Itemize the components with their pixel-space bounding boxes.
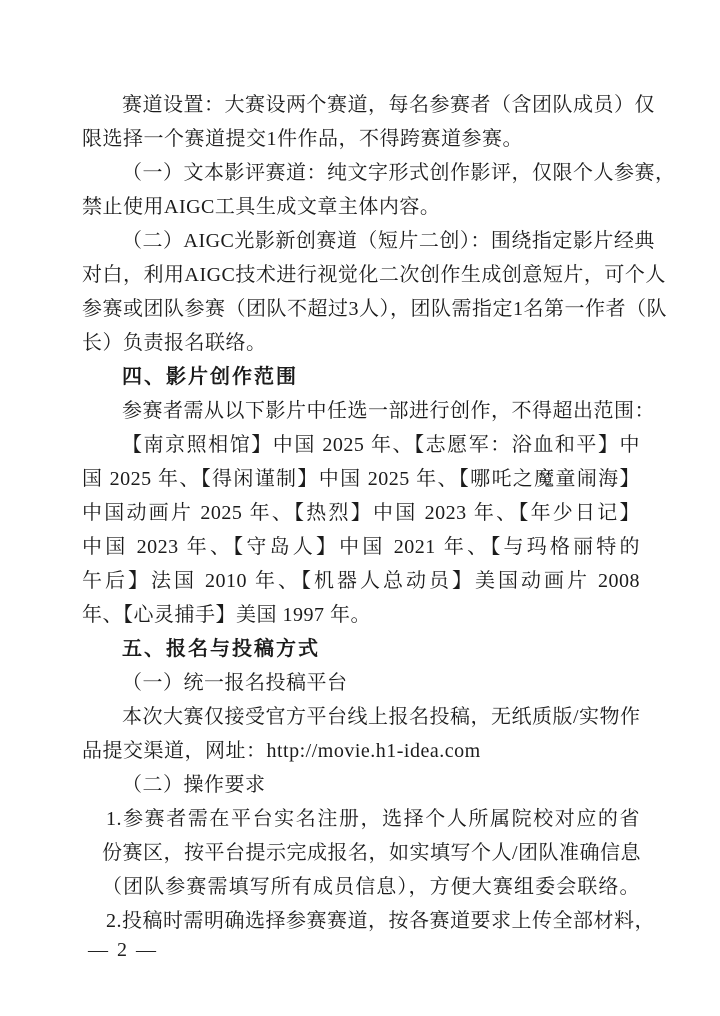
text-line: 参赛或团队参赛（团队不超过3人），团队需指定1名第一作者（队 bbox=[82, 292, 640, 326]
text-line: 午后】法国 2010 年、【机器人总动员】美国动画片 2008 bbox=[82, 564, 640, 598]
text-line: 份赛区，按平台提示完成报名，如实填写个人/团队准确信息 bbox=[82, 836, 640, 870]
text-line: 【南京照相馆】中国 2025 年、【志愿军：浴血和平】中 bbox=[82, 428, 640, 462]
text-line: 年、【心灵捕手】美国 1997 年。 bbox=[82, 598, 640, 632]
text-line: 国 2025 年、【得闲谨制】中国 2025 年、【哪吒之魔童闹海】 bbox=[82, 462, 640, 496]
document-body: 赛道设置：大赛设两个赛道，每名参赛者（含团队成员）仅限选择一个赛道提交1件作品，… bbox=[82, 88, 640, 938]
document-page: 赛道设置：大赛设两个赛道，每名参赛者（含团队成员）仅限选择一个赛道提交1件作品，… bbox=[0, 0, 720, 1016]
text-line: （一）统一报名投稿平台 bbox=[82, 666, 640, 700]
text-line: 对白，利用AIGC技术进行视觉化二次创作生成创意短片，可个人 bbox=[82, 258, 640, 292]
text-line: （二）操作要求 bbox=[82, 768, 640, 802]
text-line: 赛道设置：大赛设两个赛道，每名参赛者（含团队成员）仅 bbox=[82, 88, 640, 122]
text-line: 中国 2023 年、【守岛人】中国 2021 年、【与玛格丽特的 bbox=[82, 530, 640, 564]
text-line: 2.投稿时需明确选择参赛赛道，按各赛道要求上传全部材料， bbox=[82, 904, 640, 938]
text-line: （一）文本影评赛道：纯文字形式创作影评，仅限个人参赛， bbox=[82, 156, 640, 190]
text-line: 1.参赛者需在平台实名注册，选择个人所属院校对应的省 bbox=[82, 802, 640, 836]
text-line: 本次大赛仅接受官方平台线上报名投稿，无纸质版/实物作 bbox=[82, 700, 640, 734]
text-line: （二）AIGC光影新创赛道（短片二创）：围绕指定影片经典 bbox=[82, 224, 640, 258]
text-line: 中国动画片 2025 年、【热烈】中国 2023 年、【年少日记】 bbox=[82, 496, 640, 530]
text-line: （团队参赛需填写所有成员信息），方便大赛组委会联络。 bbox=[82, 870, 640, 904]
section-heading: 五、报名与投稿方式 bbox=[82, 632, 640, 666]
text-line: 禁止使用AIGC工具生成文章主体内容。 bbox=[82, 190, 640, 224]
text-line: 品提交渠道，网址：http://movie.h1-idea.com bbox=[82, 734, 640, 768]
section-heading: 四、影片创作范围 bbox=[82, 360, 640, 394]
page-number: — 2 — bbox=[88, 936, 158, 964]
text-line: 参赛者需从以下影片中任选一部进行创作，不得超出范围： bbox=[82, 394, 640, 428]
text-line: 长）负责报名联络。 bbox=[82, 326, 640, 360]
text-line: 限选择一个赛道提交1件作品，不得跨赛道参赛。 bbox=[82, 122, 640, 156]
